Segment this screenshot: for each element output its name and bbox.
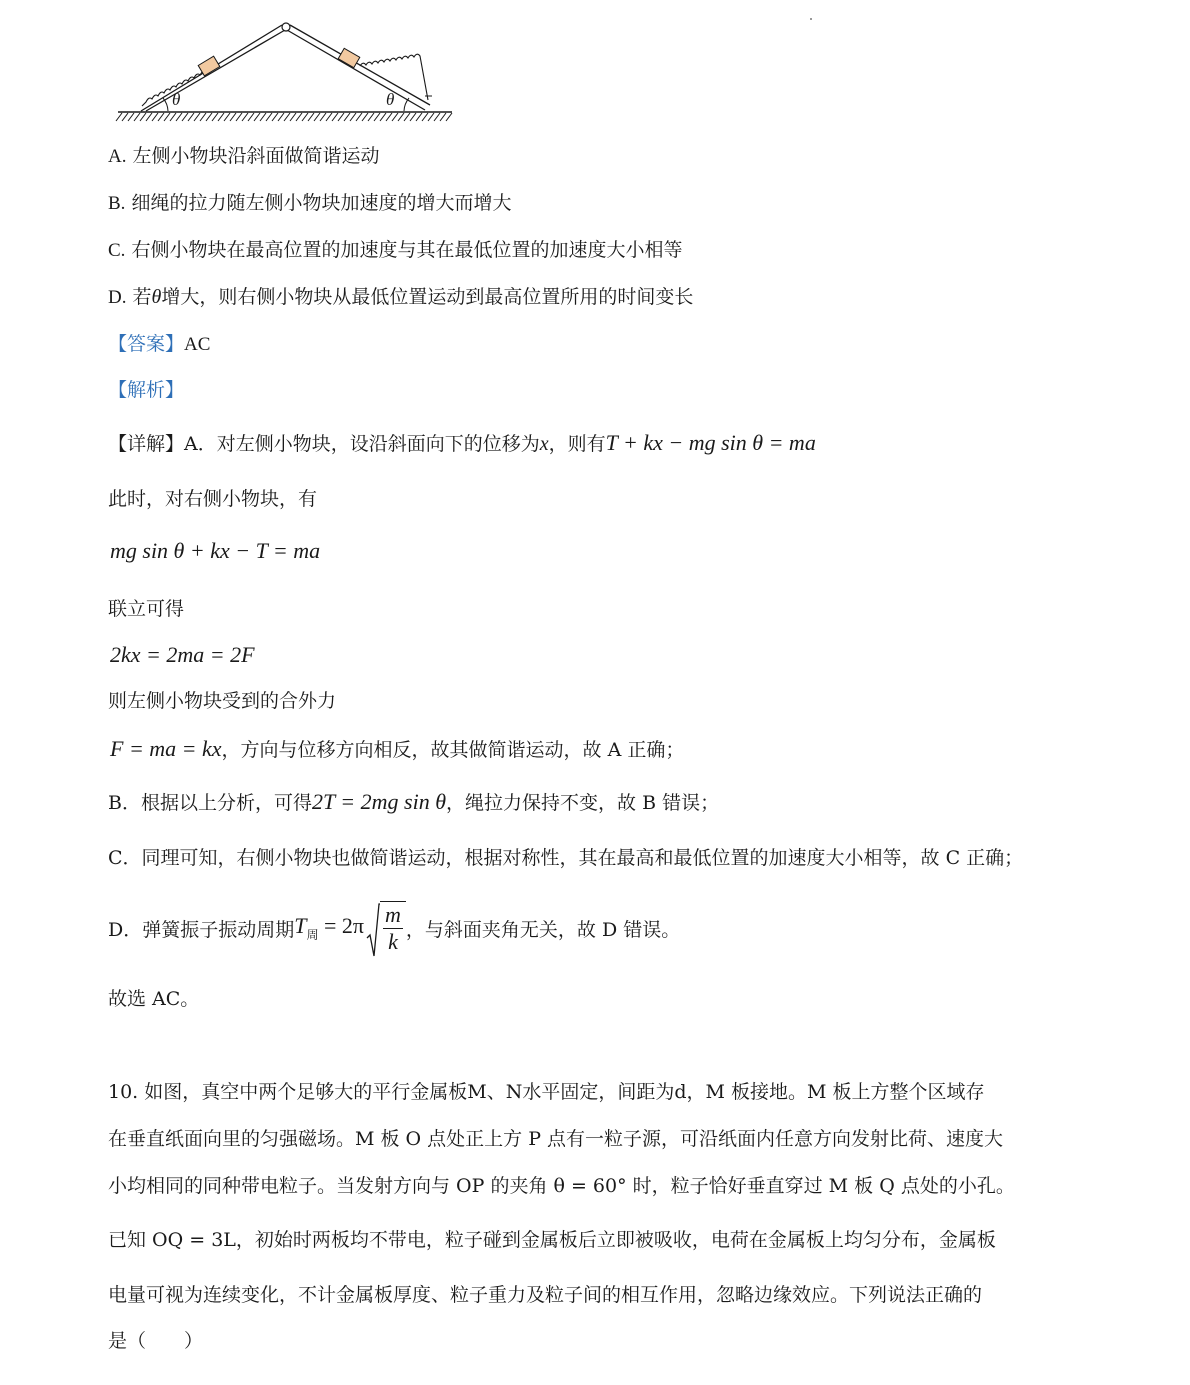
period-subscript: 周 bbox=[306, 928, 318, 942]
detail-text: B．根据以上分析，可得 bbox=[108, 792, 312, 814]
equation-4: F = ma = kx bbox=[110, 736, 222, 761]
detail-text: ，与斜面夹角无关，故 D 错误。 bbox=[406, 918, 680, 942]
equation-b: 2T = 2mg sin θ bbox=[312, 789, 446, 814]
var-x: x bbox=[540, 433, 549, 455]
sqrt-sign-icon bbox=[366, 902, 380, 958]
detail-text: ，绳拉力保持不变，故 B 错误； bbox=[446, 792, 719, 814]
detail-line-d: D．弹簧振子振动周期 T周 = 2π m k ，与斜面夹角无关，故 D 错误。 bbox=[108, 900, 680, 960]
q10-line-1: 10. 如图，真空中两个足够大的平行金属板M、N水平固定，间距为d，M 板接地。… bbox=[108, 1080, 985, 1104]
q10-line-3: 小均相同的同种带电粒子。当发射方向与 OP 的夹角 θ = 60° 时，粒子恰好… bbox=[108, 1174, 1015, 1198]
q10-line-5: 电量可视为连续变化，不计金属板厚度、粒子重力及粒子间的相互作用，忽略边缘效应。下… bbox=[108, 1283, 982, 1307]
detail-text: D．弹簧振子振动周期 bbox=[108, 918, 294, 942]
answer-line: 【答案】AC bbox=[108, 332, 210, 357]
answer-value: AC bbox=[184, 334, 210, 355]
equation-3: 2kx = 2ma = 2F bbox=[110, 642, 255, 668]
period-equation: T周 = 2π bbox=[294, 914, 364, 947]
detail-text: ，则有 bbox=[549, 433, 606, 455]
option-letter: C. bbox=[108, 240, 125, 261]
stray-dot bbox=[810, 18, 812, 20]
option-c: C. 右侧小物块在最高位置的加速度与其在最低位置的加速度大小相等 bbox=[108, 238, 683, 263]
incline-spring-figure bbox=[110, 14, 460, 124]
theta-var: θ bbox=[152, 286, 162, 308]
option-letter: A. bbox=[108, 146, 126, 167]
fraction: m k bbox=[380, 901, 406, 955]
numerator: m bbox=[383, 902, 403, 929]
angle-label-left: θ bbox=[172, 90, 180, 110]
option-letter: B. bbox=[108, 193, 125, 214]
option-b: B. 细绳的拉力随左侧小物块加速度的增大而增大 bbox=[108, 191, 512, 216]
option-letter: D. bbox=[108, 287, 126, 308]
option-text: 右侧小物块在最高位置的加速度与其在最低位置的加速度大小相等 bbox=[131, 239, 682, 261]
q10-line-2: 在垂直纸面向里的匀强磁场。M 板 O 点处正上方 P 点有一粒子源，可沿纸面内任… bbox=[108, 1127, 1003, 1151]
detail-label: 【详解】 bbox=[108, 433, 184, 455]
detail-line-4: 则左侧小物块受到的合外力 bbox=[108, 689, 336, 713]
detail-text: ，方向与位移方向相反，故其做简谐运动，故 A 正确； bbox=[222, 739, 685, 761]
q10-line-6: 是（ ） bbox=[108, 1329, 203, 1353]
q10-line-4: 已知 OQ = 3L，初始时两板均不带电，粒子碰到金属板后立即被吸收，电荷在金属… bbox=[108, 1228, 996, 1252]
option-a: A. 左侧小物块沿斜面做简谐运动 bbox=[108, 144, 380, 169]
detail-text: A．对左侧小物块，设沿斜面向下的位移为 bbox=[184, 433, 540, 455]
equation-mid: = 2π bbox=[319, 913, 365, 938]
period-symbol: T bbox=[294, 913, 306, 938]
answer-label: 【答案】 bbox=[108, 333, 184, 355]
option-text: 细绳的拉力随左侧小物块加速度的增大而增大 bbox=[131, 192, 511, 214]
angle-label-right: θ bbox=[386, 90, 394, 110]
detail-line-c: C．同理可知，右侧小物块也做简谐运动，根据对称性，其在最高和最低位置的加速度大小… bbox=[108, 846, 1023, 870]
equation-1: T + kx − mg sin θ = ma bbox=[606, 430, 816, 455]
option-text-before: 若 bbox=[133, 286, 152, 308]
equation-2: mg sin θ + kx − T = ma bbox=[110, 538, 320, 564]
option-text-after: 增大，则右侧小物块从最低位置运动到最高位置所用的时间变长 bbox=[161, 286, 693, 308]
option-text: 左侧小物块沿斜面做简谐运动 bbox=[133, 145, 380, 167]
detail-line-5: F = ma = kx，方向与位移方向相反，故其做简谐运动，故 A 正确； bbox=[110, 737, 684, 762]
option-d: D. 若θ增大，则右侧小物块从最低位置运动到最高位置所用的时间变长 bbox=[108, 285, 693, 310]
detail-line-b: B．根据以上分析，可得2T = 2mg sin θ，绳拉力保持不变，故 B 错误… bbox=[108, 790, 719, 815]
detail-line-2: 此时，对右侧小物块，有 bbox=[108, 487, 317, 511]
conclusion: 故选 AC。 bbox=[108, 987, 199, 1011]
denominator: k bbox=[383, 929, 403, 955]
analysis-label: 【解析】 bbox=[108, 378, 184, 402]
detail-line-3: 联立可得 bbox=[108, 597, 184, 621]
detail-line-1: 【详解】A．对左侧小物块，设沿斜面向下的位移为x，则有T + kx − mg s… bbox=[108, 431, 816, 456]
